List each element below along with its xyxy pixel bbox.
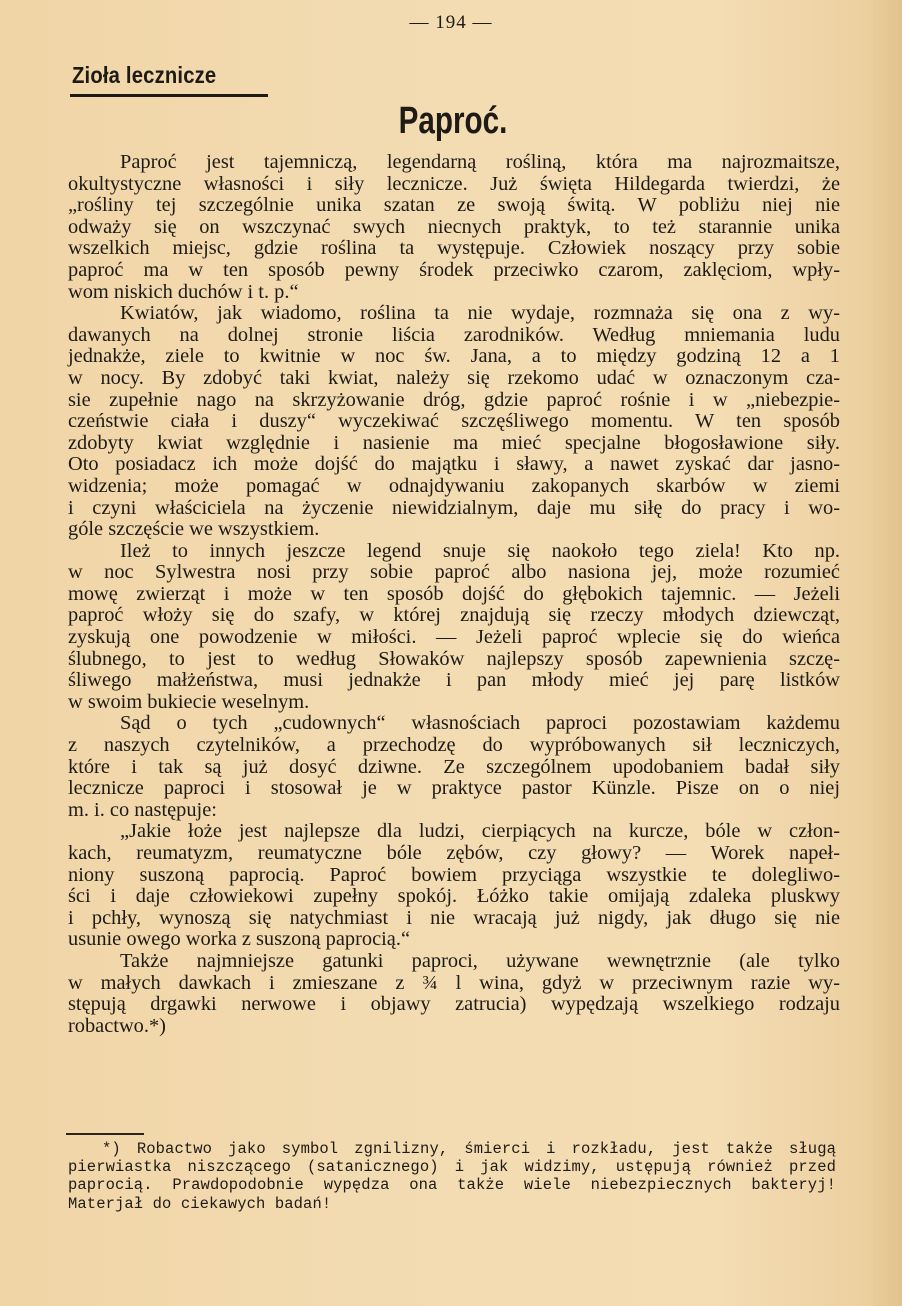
text-line: w nocy. By zdobyć taki kwiat, należy się…: [68, 368, 840, 390]
text-line: dawanych na dolnej stronie liścia zarodn…: [68, 325, 840, 347]
text-line: mowę zwierząt i może w ten sposób dojść …: [68, 584, 840, 606]
text-line: sie zupełnie nago na skrzyżowanie dróg, …: [68, 390, 840, 412]
text-line: odważy się on wszczynać swych niecnych p…: [68, 217, 840, 239]
text-line: zdobyty kwiat względnie i nasienie ma mi…: [68, 433, 840, 455]
text-line: Także najmniejsze gatunki paproci, używa…: [68, 951, 840, 973]
text-line: „rośliny tej szczególnie unika szatan ze…: [68, 195, 840, 217]
text-line: kach, reumatyzm, reumatyczne bóle zębów,…: [68, 843, 840, 865]
text-line: stępują drgawki nerwowe i objawy zatruci…: [68, 994, 840, 1016]
text-line: robactwo.*): [68, 1016, 840, 1038]
text-line: w swoim bukiecie weselnym.: [68, 692, 840, 714]
text-line: lecznicze paproci i stosował je w prakty…: [68, 778, 840, 800]
text-line: Paproć jest tajemniczą, legendarną rośli…: [68, 152, 840, 174]
text-line: jednakże, ziele to kwitnie w noc św. Jan…: [68, 346, 840, 368]
page-number: — 194 —: [0, 12, 902, 34]
text-line: „Jakie łoże jest najlepsze dla ludzi, ci…: [68, 821, 840, 843]
text-line: czeństwie ciała i duszy“ wyczekiwać szcz…: [68, 411, 840, 433]
footnote: *) Robactwo jako symbol zgnilizny, śmier…: [68, 1140, 836, 1213]
text-line: w noc Sylwestra nosi przy sobie paproć a…: [68, 562, 840, 584]
article-body: Paproć jest tajemniczą, legendarną rośli…: [68, 152, 840, 1037]
text-line: okultystyczne własności i siły lecznicze…: [68, 174, 840, 196]
paragraph: Sąd o tych „cudownych“ własnościach papr…: [68, 713, 840, 821]
text-line: z naszych czytelników, a przechodzę do w…: [68, 735, 840, 757]
paragraph: Kwiatów, jak wiadomo, roślina ta nie wyd…: [68, 303, 840, 541]
text-line: niony suszoną paprocią. Paproć bowiem pr…: [68, 865, 840, 887]
section-underline: [70, 94, 268, 97]
text-line: ślubnego, to jest to według Słowaków naj…: [68, 649, 840, 671]
text-line: paproć ma w ten sposób pewny środek prze…: [68, 260, 840, 282]
article-title: Paproć.: [101, 100, 805, 143]
text-line: i pchły, wynoszą się natychmiast i nie w…: [68, 908, 840, 930]
paragraph: Paproć jest tajemniczą, legendarną rośli…: [68, 152, 840, 303]
text-line: zyskują one powodzenie w miłości. — Jeże…: [68, 627, 840, 649]
text-line: w małych dawkach i zmieszane z ¾ l wina,…: [68, 973, 840, 995]
paragraph: „Jakie łoże jest najlepsze dla ludzi, ci…: [68, 821, 840, 951]
section-title: Zioła lecznicze: [72, 62, 216, 89]
text-line: które i tak są już dosyć dziwne. Ze szcz…: [68, 757, 840, 779]
paragraph: Także najmniejsze gatunki paproci, używa…: [68, 951, 840, 1037]
footnote-divider: [66, 1133, 144, 1135]
text-line: góle szczęście we wszystkiem.: [68, 519, 840, 541]
text-line: Oto posiadacz ich może dojść do majątku …: [68, 454, 840, 476]
text-line: wom niskich duchów i t. p.“: [68, 282, 840, 304]
paragraph: Ileż to innych jeszcze legend snuje się …: [68, 541, 840, 714]
text-line: śliwego małżeństwa, musi jednakże i pan …: [68, 670, 840, 692]
text-line: Sąd o tych „cudownych“ własnościach papr…: [68, 713, 840, 735]
text-line: wszelkich miejsc, gdzie roślina ta wystę…: [68, 238, 840, 260]
footnote-line: pierwiastka niszczącego (satanicznego) i…: [68, 1158, 836, 1176]
text-line: paproć włoży się do szafy, w której znaj…: [68, 605, 840, 627]
text-line: i czyni właściciela na życzenie niewidzi…: [68, 498, 840, 520]
text-line: usunie owego worka z suszoną paprocią.“: [68, 929, 840, 951]
footnote-line: Materjał do ciekawych badań!: [68, 1195, 836, 1213]
text-line: ści i daje człowiekowi zupełny spokój. Ł…: [68, 886, 840, 908]
text-line: widzenia; może pomagać w odnajdywaniu za…: [68, 476, 840, 498]
text-line: Ileż to innych jeszcze legend snuje się …: [68, 541, 840, 563]
text-line: Kwiatów, jak wiadomo, roślina ta nie wyd…: [68, 303, 840, 325]
footnote-line: paprocią. Prawdopodobnie wypędza ona tak…: [68, 1176, 836, 1194]
footnote-line: *) Robactwo jako symbol zgnilizny, śmier…: [68, 1140, 836, 1158]
text-line: m. i. co następuje:: [68, 800, 840, 822]
